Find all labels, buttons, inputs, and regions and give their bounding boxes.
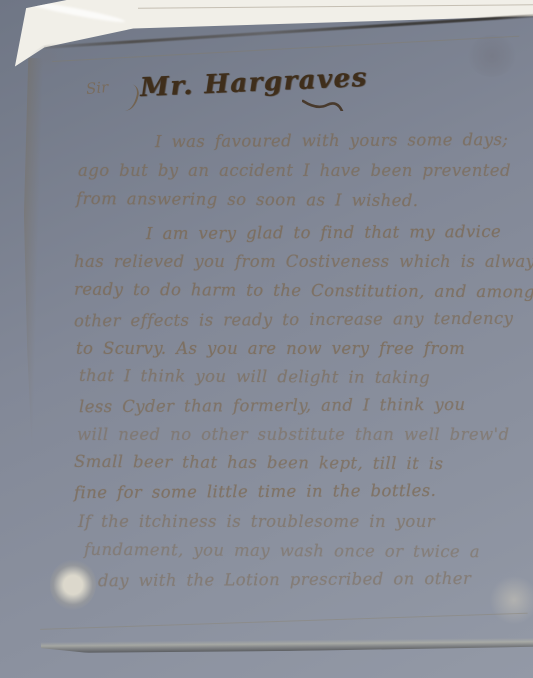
handwritten-line: will need no other substitute than well … — [77, 425, 509, 444]
handwritten-line: fine for some little time in the bottles… — [74, 481, 436, 502]
handwritten-line: day with the Lotion prescribed on other — [98, 569, 471, 590]
pen-flourish — [118, 82, 141, 112]
salutation: Sir — [85, 78, 109, 98]
handwritten-line: If the itchiness is troublesome in your — [78, 512, 435, 531]
handwritten-line: ready to do harm to the Constitution, an… — [74, 280, 533, 302]
handwritten-line: ago but by an accident I have been preve… — [78, 161, 511, 180]
handwritten-line: from answering so soon as I wished. — [76, 189, 419, 210]
letter-photograph: Sir Mr. Hargraves I was favoured with yo… — [0, 0, 533, 678]
handwritten-line: fundament, you may wash once or twice a — [84, 540, 480, 561]
handwritten-line: Small beer that has been kept, till it i… — [74, 452, 443, 473]
handwritten-line: other effects is ready to increase any t… — [74, 309, 513, 331]
handwritten-line: less Cyder than formerly, and I think yo… — [79, 395, 466, 416]
page-bottom-edge-shadow — [34, 638, 533, 653]
letter-page: Sir Mr. Hargraves I was favoured with yo… — [0, 0, 533, 678]
handwritten-line: I was favoured with yours some days; — [155, 130, 508, 151]
stain-smudge-bottom-right — [490, 576, 533, 624]
docket-tail-stroke — [302, 97, 344, 111]
upper-sheet-line — [138, 4, 533, 8]
torn-edge-highlight — [22, 0, 125, 25]
crease-bottom — [36, 613, 528, 630]
stain-smudge-top-right — [468, 35, 516, 77]
page-left-edge-shadow — [12, 58, 44, 652]
stain-smudge-bottom-left — [50, 560, 96, 610]
handwritten-line: has relieved you from Costiveness which … — [74, 252, 533, 271]
handwritten-line: I am very glad to find that my advice — [146, 222, 501, 243]
handwritten-line: to Scurvy. As you are now very free from — [76, 339, 465, 358]
handwritten-line: that I think you will delight in taking — [79, 366, 430, 387]
